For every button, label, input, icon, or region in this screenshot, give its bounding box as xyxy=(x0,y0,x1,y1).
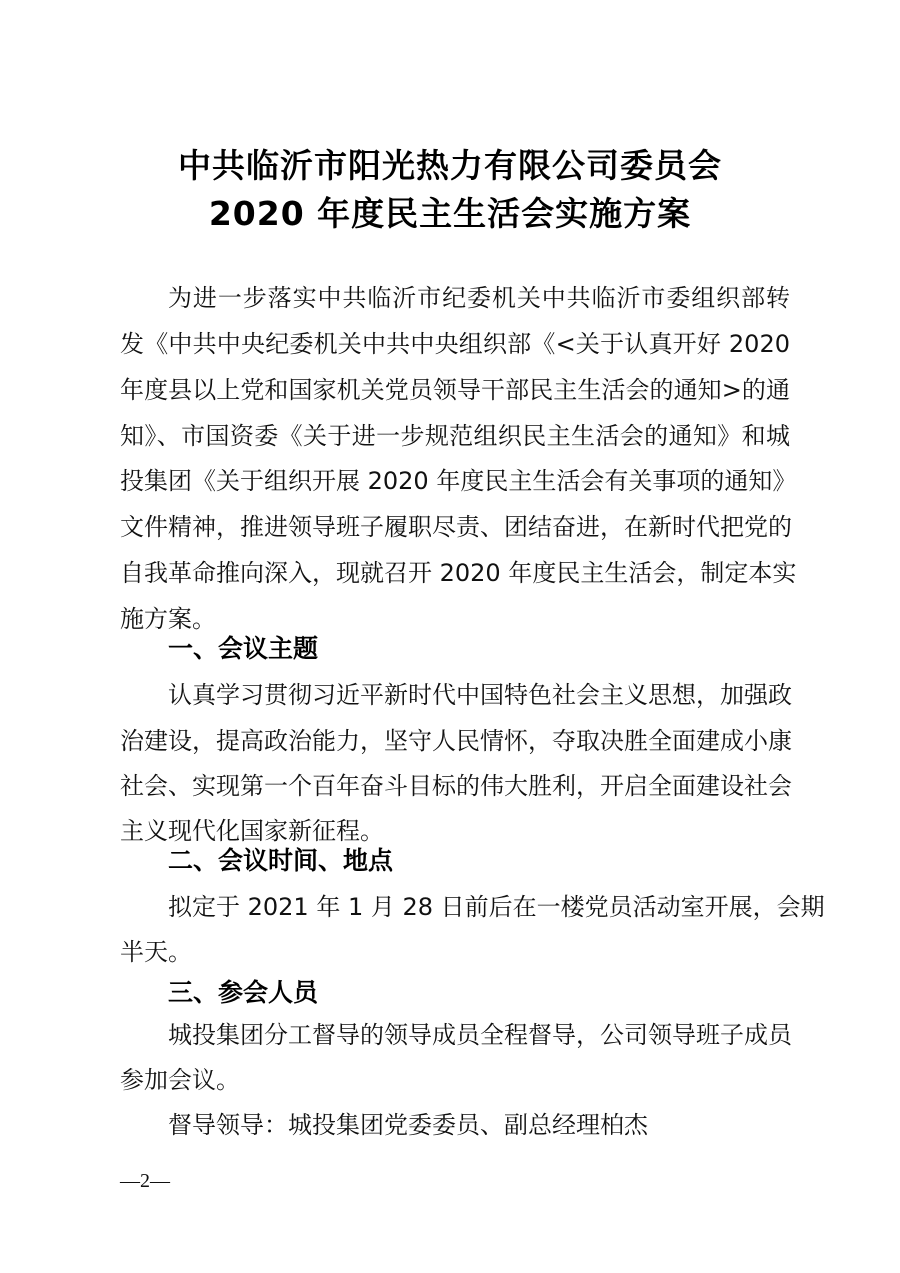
section2-line-1: 拟定于 2021 年 1 月 28 日前后在一楼党员活动室开展，会期 xyxy=(168,892,790,922)
intro-line-8: 施方案。 xyxy=(120,604,790,634)
section1-line-3: 社会、实现第一个百年奋斗目标的伟大胜利，开启全面建设社会 xyxy=(120,771,790,801)
section3-line-2: 参加会议。 xyxy=(120,1065,790,1095)
document-title-line2: 2020 年度民主生活会实施方案 xyxy=(0,188,900,235)
section-heading-time-place: 二、会议时间、地点 xyxy=(168,846,393,876)
document-title-line1: 中共临沂市阳光热力有限公司委员会 xyxy=(0,140,900,187)
intro-line-5: 投集团《关于组织开展 2020 年度民主生活会有关事项的通知》 xyxy=(120,466,790,496)
intro-line-3: 年度县以上党和国家机关党员领导干部民主生活会的通知>的通 xyxy=(120,375,790,405)
section1-line-4: 主义现代化国家新征程。 xyxy=(120,816,790,846)
intro-line-6: 文件精神，推进领导班子履职尽责、团结奋进，在新时代把党的 xyxy=(120,512,790,542)
section3-line-1: 城投集团分工督导的领导成员全程督导，公司领导班子成员 xyxy=(168,1020,790,1050)
section2-line-2: 半天。 xyxy=(120,937,790,967)
page-number: —2— xyxy=(120,1170,170,1193)
document-page: 中共临沂市阳光热力有限公司委员会 2020 年度民主生活会实施方案 为进一步落实… xyxy=(0,0,900,1273)
section1-line-1: 认真学习贯彻习近平新时代中国特色社会主义思想，加强政 xyxy=(168,680,790,710)
intro-line-4: 知》、市国资委《关于进一步规范组织民主生活会的通知》和城 xyxy=(120,421,790,451)
intro-line-2: 发《中共中央纪委机关中共中央组织部《<关于认真开好 2020 xyxy=(120,329,790,359)
intro-line-7: 自我革命推向深入，现就召开 2020 年度民主生活会，制定本实 xyxy=(120,558,790,588)
section1-line-2: 治建设，提高政治能力，坚守人民情怀，夺取决胜全面建成小康 xyxy=(120,726,790,756)
section-heading-theme: 一、会议主题 xyxy=(168,634,318,664)
section3-line-3: 督导领导：城投集团党委委员、副总经理柏杰 xyxy=(168,1110,790,1140)
intro-line-1: 为进一步落实中共临沂市纪委机关中共临沂市委组织部转 xyxy=(168,283,790,313)
section-heading-attendees: 三、参会人员 xyxy=(168,978,318,1008)
